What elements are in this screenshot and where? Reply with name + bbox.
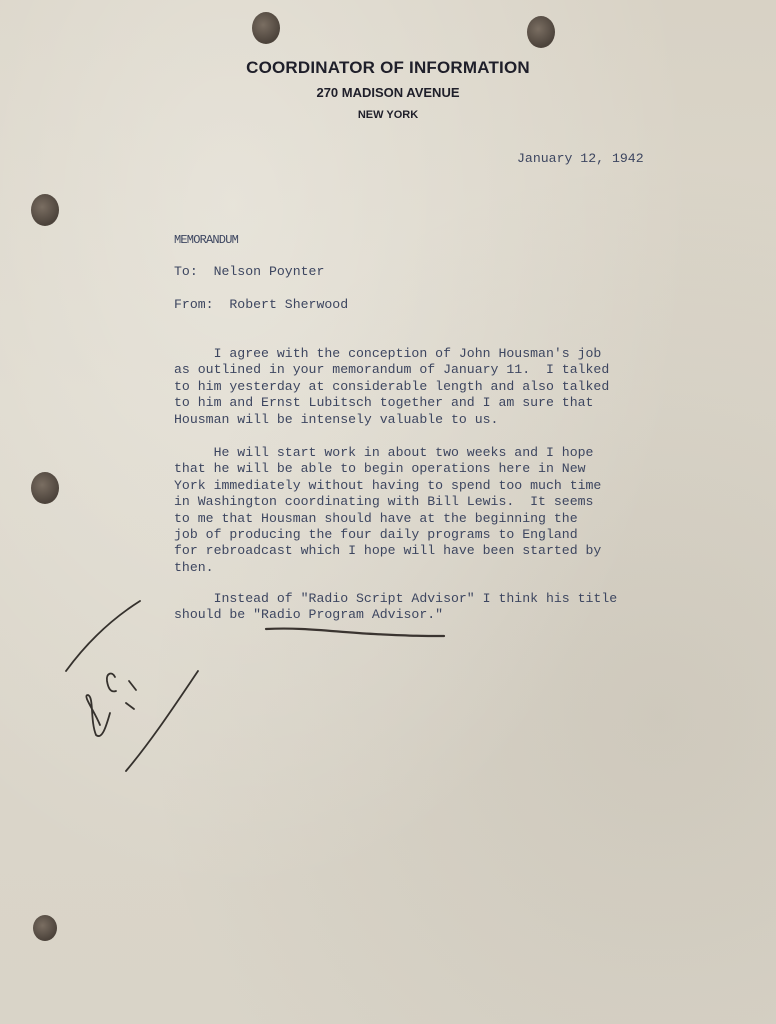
letterhead-address: 270 MADISON AVENUE — [0, 85, 776, 100]
punch-hole — [252, 12, 280, 44]
punch-hole — [31, 194, 59, 226]
punch-hole — [31, 472, 59, 504]
memo-from: From: Robert Sherwood — [174, 297, 348, 312]
punch-hole — [527, 16, 555, 48]
handwritten-underline — [264, 624, 449, 640]
handwritten-initials — [60, 595, 210, 775]
memo-paragraph-2: He will start work in about two weeks an… — [174, 445, 601, 576]
letterhead-organization: COORDINATOR OF INFORMATION — [0, 58, 776, 78]
memo-type-label: MEMORANDUM — [174, 233, 238, 247]
punch-hole — [33, 915, 57, 941]
letterhead-city: NEW YORK — [0, 109, 776, 121]
memo-to: To: Nelson Poynter — [174, 264, 324, 279]
memo-paragraph-1: I agree with the conception of John Hous… — [174, 346, 609, 428]
memo-date: January 12, 1942 — [517, 151, 644, 166]
memo-paragraph-3: Instead of "Radio Script Advisor" I thin… — [174, 591, 617, 624]
document-page: COORDINATOR OF INFORMATION 270 MADISON A… — [0, 0, 776, 1024]
